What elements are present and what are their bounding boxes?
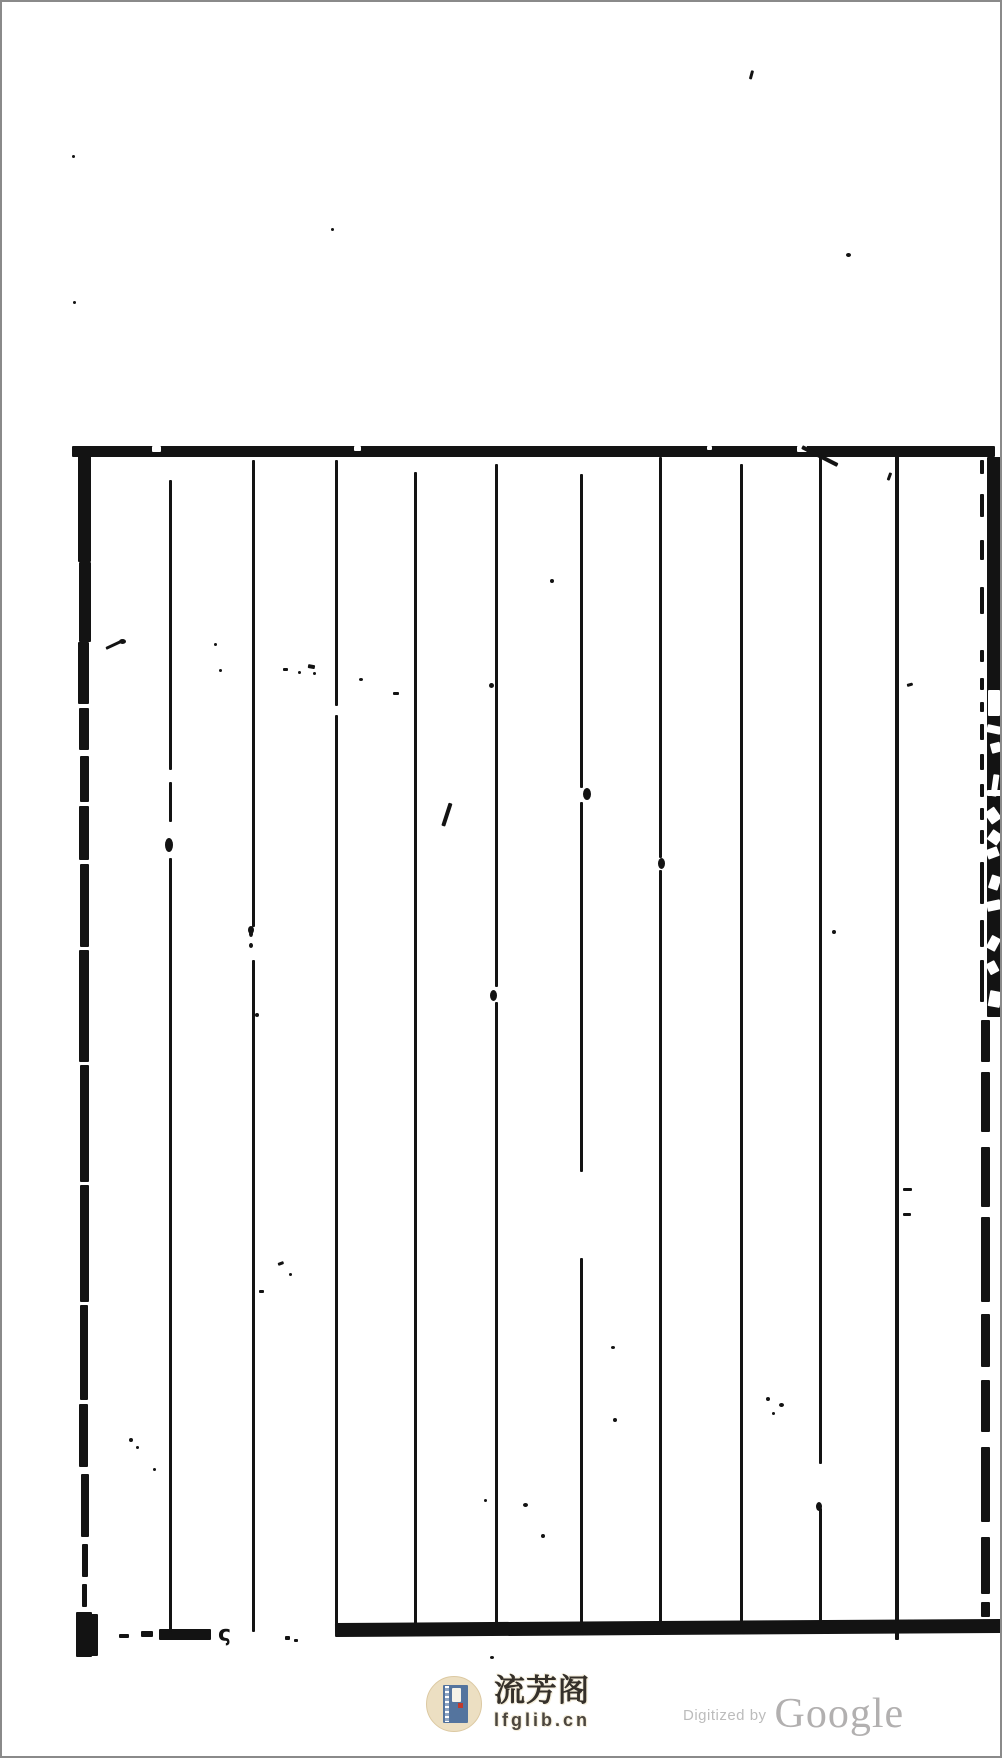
book-cover-icon: [443, 1685, 468, 1723]
ink-speck: [772, 1412, 775, 1415]
ink-speck: [313, 672, 316, 675]
ink-blob: [583, 788, 591, 800]
column-rule: [659, 870, 662, 1632]
column-rule: [169, 782, 172, 822]
ink-blob: [816, 1502, 822, 1511]
fold-character-knockout: [990, 742, 1002, 754]
ink-speck: [484, 1499, 487, 1502]
ink-speck: [298, 671, 301, 674]
frame-left-border: [78, 446, 91, 562]
fold-thick-dash: [981, 1602, 990, 1617]
ink-speck: [903, 1213, 911, 1216]
fold-thick-dash: [981, 1020, 990, 1062]
ink-squiggle-mark: ς: [218, 1624, 238, 1648]
column-rule: [740, 464, 743, 1632]
ink-speck: [331, 228, 334, 231]
ink-speck: [907, 682, 914, 686]
border-wear-notch: [354, 446, 361, 451]
fold-character-knockout: [988, 690, 1000, 716]
ink-speck: [441, 803, 452, 827]
ink-speck: [136, 1446, 139, 1449]
lfglib-watermark: 流芳阁 lfglib.cn: [426, 1676, 590, 1732]
ink-speck: [887, 472, 893, 481]
fold-thick-dash: [981, 1537, 990, 1594]
watermark-text: 流芳阁 lfglib.cn: [494, 1676, 590, 1731]
column-rule: [169, 480, 172, 770]
column-rule: [659, 457, 662, 858]
ink-speck: [359, 678, 363, 681]
frame-right-border: [895, 450, 899, 1640]
frame-left-border: [81, 1474, 89, 1537]
watermark-domain: lfglib.cn: [494, 1710, 590, 1731]
ink-speck: [523, 1503, 528, 1507]
frame-left-border: [80, 1065, 89, 1182]
border-wear-notch: [707, 446, 712, 450]
fold-thick-dash: [981, 1380, 990, 1432]
frame-left-border: [78, 642, 89, 704]
fold-dashed-rule: [980, 920, 984, 947]
fold-dashed-rule: [980, 587, 984, 614]
ink-speck: [289, 1273, 292, 1276]
ink-speck: [72, 155, 75, 158]
fold-character-knockout: [988, 990, 1002, 1008]
fold-dashed-rule: [980, 724, 984, 740]
ink-speck: [283, 668, 288, 671]
frame-left-border: [82, 1584, 87, 1607]
fold-dashed-rule: [980, 830, 984, 844]
frame-left-border: [79, 708, 89, 750]
fold-dashed-rule: [980, 960, 984, 1002]
ink-speck: [249, 931, 253, 937]
red-seal-icon: [458, 1703, 463, 1708]
ink-speck: [249, 943, 253, 948]
fold-dashed-rule: [980, 678, 984, 690]
ink-speck: [214, 643, 217, 646]
ink-speck: [613, 1418, 617, 1422]
fold-thick-dash: [981, 1314, 990, 1367]
border-wear-notch: [152, 446, 161, 452]
fold-thick-dash: [981, 1147, 990, 1207]
column-rule: [414, 472, 417, 1632]
ink-speck: [73, 301, 76, 304]
fold-thick-dash: [981, 1072, 990, 1132]
ink-speck: [489, 683, 494, 688]
ink-speck: [119, 639, 126, 644]
fold-dashed-rule: [980, 460, 984, 474]
column-rule: [335, 715, 338, 1632]
frame-left-border: [79, 950, 89, 1062]
ink-blob: [658, 858, 665, 869]
frame-top-border: [72, 446, 995, 457]
ink-speck: [259, 1290, 264, 1293]
ink-speck: [308, 664, 316, 669]
frame-left-border: [80, 1305, 88, 1400]
ink-speck: [277, 1261, 284, 1266]
ink-speck: [129, 1438, 133, 1442]
frame-bottom-left-corner: [76, 1614, 98, 1656]
ink-speck: [611, 1346, 615, 1349]
column-rule: [580, 802, 583, 1172]
column-rule: [580, 1258, 583, 1632]
ink-speck: [749, 70, 754, 79]
fold-dashed-rule: [980, 862, 984, 904]
ink-speck: [832, 930, 836, 934]
ink-speck: [219, 669, 222, 672]
ink-speck: [779, 1403, 784, 1407]
fold-black-band: [987, 457, 1002, 1017]
ink-speck: [393, 692, 399, 695]
column-rule: [819, 1508, 822, 1632]
frame-left-border: [82, 1544, 88, 1577]
column-rule: [252, 460, 255, 927]
ink-speck: [153, 1468, 156, 1471]
column-rule: [495, 1002, 498, 1632]
fold-character-knockout: [987, 790, 1001, 796]
fold-dashed-rule: [980, 494, 984, 517]
fold-dashed-rule: [980, 784, 984, 797]
column-rule: [495, 464, 498, 987]
frame-bottom-dash: [141, 1631, 153, 1637]
frame-bottom-dash: [159, 1629, 211, 1640]
frame-bottom-border: [335, 1619, 1002, 1637]
fold-dashed-rule: [980, 540, 984, 560]
digitized-by-label: Digitized by: [683, 1707, 767, 1724]
column-rule: [335, 460, 338, 706]
fold-dashed-rule: [980, 702, 984, 712]
scanned-page: ς 流芳阁 lfglib.cn Digitized byGoogle: [0, 0, 1002, 1758]
google-logo: Google: [775, 1691, 905, 1737]
ink-speck: [846, 253, 851, 257]
fold-dashed-rule: [980, 754, 984, 770]
frame-left-border: [79, 806, 89, 860]
frame-left-border: [79, 562, 91, 642]
book-stitch-icon: [445, 1686, 449, 1722]
frame-bottom-dash: [119, 1634, 129, 1638]
ink-blob: [490, 990, 497, 1001]
fold-thick-dash: [981, 1447, 990, 1522]
frame-bottom-dash: [294, 1639, 298, 1642]
column-rule: [580, 474, 583, 788]
frame-left-border: [80, 864, 89, 947]
ink-speck: [490, 1656, 494, 1659]
ink-blob: [165, 838, 173, 852]
column-rule: [169, 858, 172, 1632]
ink-speck: [541, 1534, 545, 1538]
woodblock-frame: ς: [2, 2, 1002, 1758]
frame-left-border: [79, 1404, 88, 1467]
column-rule: [252, 960, 255, 1632]
fold-dashed-rule: [980, 808, 984, 820]
fold-dashed-rule: [980, 650, 984, 662]
ink-speck: [255, 1013, 259, 1017]
frame-left-border: [80, 756, 89, 802]
watermark-brand: 流芳阁: [494, 1676, 590, 1707]
ink-speck: [903, 1188, 912, 1191]
ink-speck: [766, 1397, 770, 1401]
frame-left-border: [80, 1185, 89, 1302]
fold-thick-dash: [981, 1217, 990, 1302]
frame-bottom-dash: [285, 1636, 290, 1640]
column-rule: [819, 457, 822, 1464]
lfg-book-icon: [426, 1676, 482, 1732]
google-credit: Digitized byGoogle: [683, 1690, 904, 1738]
book-title-label-icon: [452, 1688, 461, 1702]
ink-speck: [550, 579, 554, 583]
